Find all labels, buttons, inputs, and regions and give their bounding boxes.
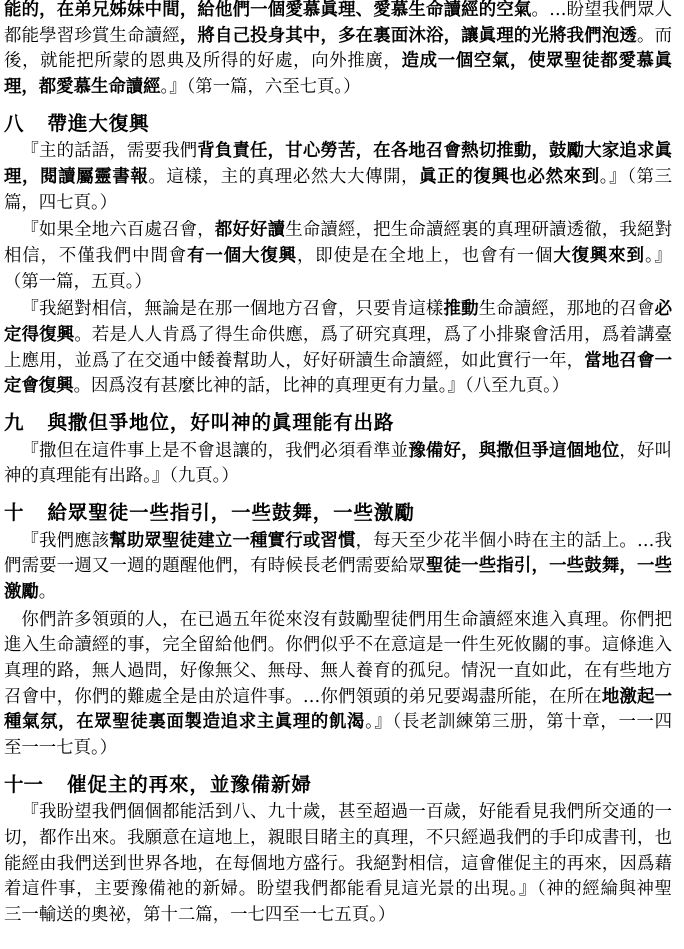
text-line: 都能學習珍賞生命讀經，將自己投身其中，多在裏面沐浴，讓眞理的光將我們泡透。而: [4, 24, 672, 50]
citation: 至一一七頁。）: [4, 738, 117, 758]
text-run: 『撒但在這件事上是不會退讓的，我們必須看準並: [21, 441, 408, 461]
text-run: 『我盼望我們個個都能活到八、九十歲，甚至超過一百歲，好能看見我們所交通的一: [21, 802, 672, 822]
text-line: 進入生命讀經的事，完全留給他們。你們似乎不在意這是一件生死攸關的事。這條進入: [4, 633, 672, 659]
bold-text-run: 大復興來到: [553, 246, 645, 266]
bold-text-run: 能的，在弟兄姊妹中間，給他們一個愛慕眞理、愛慕生命讀經的空氣: [4, 0, 532, 20]
text-run: 都能學習珍賞生命讀經: [4, 26, 180, 46]
bold-text-run: 定會復興: [4, 376, 74, 396]
section-heading: 八帶進大復興: [4, 111, 672, 137]
text-run: 真理的路，無人過問，好像無父、無母、無人養育的孤兒。情況一直如此，在有些地方: [4, 661, 672, 681]
text-line: （第一篇，五頁。）: [4, 270, 672, 296]
bold-text-run: 有一個大復興: [187, 246, 297, 266]
text-run: 們需要一週又一週的題醒他們，有時候長老們需要給眾: [4, 556, 426, 576]
section-number: 十一: [4, 772, 67, 798]
text-run: 。這樣，主的真理必然大大傳開，: [148, 167, 419, 187]
section-number: 八: [4, 111, 48, 137]
bold-text-run: 幫助眾聖徒建立一種實行或習慣: [109, 531, 355, 551]
bold-text-run: 眞正的復興也必然來到: [419, 167, 600, 187]
text-run: ，好叫: [619, 441, 672, 461]
text-line: 召會中，你們的難處全是由於這件事。…你們領頭的弟兄要竭盡所能，在所在地激起一: [4, 685, 672, 711]
text-line: 至一一七頁。）: [4, 736, 672, 762]
text-run: 切，都作出來。我願意在這地上，親眼目睹主的真理，不只經過我們的手印成書刊，也: [4, 828, 672, 848]
bold-text-run: 種氣氛，在眾聖徒裏面製造追求主眞理的飢渴: [4, 712, 365, 732]
section-heading: 十給眾聖徒一些指引，一些鼓舞，一些激勵: [4, 500, 672, 526]
text-run: 神的真理能有出路。』（九頁。）: [4, 466, 239, 486]
text-run: 相信，不僅我們中間會: [4, 246, 187, 266]
quote-paragraph: 『我絕對相信，無論是在那一個地方召會，只要肯這樣推動生命讀經，那地的召會必 定得…: [4, 297, 672, 400]
text-run: 『主的話語，需要我們: [21, 141, 197, 161]
bold-text-run: 當地召會一: [584, 351, 672, 371]
text-line: 你們許多領頭的人，在已過五年從來沒有鼓勵聖徒們用生命讀經來進入真理。你們把: [4, 608, 672, 634]
text-run: 。』: [645, 246, 672, 266]
text-line: 着這件事，主要豫備祂的新婦。盼望我們都能看見這光景的出現。』（神的經綸與神聖: [4, 877, 672, 903]
bold-text-run: 豫備好，與撒但爭這個地位: [408, 441, 619, 461]
text-run: ，即使是在全地上，也會有一個: [297, 246, 553, 266]
citation: 篇，四七頁。）: [4, 193, 117, 213]
text-run: 。: [39, 582, 56, 602]
text-line: 種氣氛，在眾聖徒裏面製造追求主眞理的飢渴。』（長老訓練第三册，第十章，一一四: [4, 710, 672, 736]
quote-paragraph: 『我們應該幫助眾聖徒建立一種實行或習慣，每天至少花半個小時在主的話上。…我 們需…: [4, 529, 672, 606]
text-run: 後，就能把所蒙的恩典及所得的好處，向外推廣，: [4, 51, 402, 71]
section-title: 催促主的再來，並豫備新婦: [67, 773, 312, 796]
text-line: 上應用，並爲了在交通中餧養幫助人，好好研讀生命讀經，如此實行一年，當地召會一: [4, 349, 672, 375]
bold-text-run: ，將自己投身其中，多在裏面沐浴，讓眞理的光將我們泡透: [180, 26, 637, 46]
text-line: 切，都作出來。我願意在這地上，親眼目睹主的真理，不只經過我們的手印成書刊，也: [4, 826, 672, 852]
text-run: 召會中，你們的難處全是由於這件事。…你們領頭的弟兄要竭盡所能，在所在: [4, 687, 602, 707]
text-line: 後，就能把所蒙的恩典及所得的好處，向外推廣，造成一個空氣，使眾聖徒都愛慕眞: [4, 49, 672, 75]
text-run: 上應用，並爲了在交通中餧養幫助人，好好研讀生命讀經，如此實行一年，: [4, 351, 584, 371]
section-title: 與撒但爭地位，好叫神的眞理能有出路: [48, 411, 395, 434]
bold-text-run: 造成一個空氣，使眾聖徒都愛慕眞: [402, 51, 672, 71]
quote-paragraph: 『我盼望我們個個都能活到八、九十歲，甚至超過一百歲，好能看見我們所交通的一 切，…: [4, 800, 672, 928]
text-run: 『我們應該: [21, 531, 109, 551]
bold-text-run: 激勵: [4, 582, 39, 602]
bold-text-run: 推動: [444, 299, 479, 319]
bold-text-run: 聖徒一些指引，一些鼓舞，一些: [426, 556, 672, 576]
text-line: 理，閱讀屬靈書報。這樣，主的真理必然大大傳開，眞正的復興也必然來到。』（第三: [4, 165, 672, 191]
text-line: 三一輸送的奧祕，第十二篇，一七四至一七五頁。）: [4, 903, 672, 929]
text-line: 定會復興。因爲沒有甚麼比神的話，比神的真理更有力量。』（八至九頁。）: [4, 374, 672, 400]
text-run: 生命讀經，把生命讀經裏的真理研讀透徹，我絕對: [285, 220, 672, 240]
body-paragraph: 你們許多領頭的人，在已過五年從來沒有鼓勵聖徒們用生命讀經來進入真理。你們把 進入…: [4, 608, 672, 762]
text-run: 。而: [637, 26, 672, 46]
text-line: 激勵。: [4, 580, 672, 606]
text-run: 進入生命讀經的事，完全留給他們。你們似乎不在意這是一件生死攸關的事。這條進入: [4, 635, 672, 655]
text-line: 能的，在弟兄姊妹中間，給他們一個愛慕眞理、愛慕生命讀經的空氣。…盼望我們眾人: [4, 0, 672, 24]
text-line: 『撒但在這件事上是不會退讓的，我們必須看準並豫備好，與撒但爭這個地位，好叫: [4, 439, 672, 465]
citation: 三一輸送的奧祕，第十二篇，一七四至一七五頁。）: [4, 905, 395, 925]
bold-text-run: 理，都愛慕生命讀經: [4, 77, 161, 97]
text-run: 。』（第一篇，六至七頁。）: [161, 77, 361, 97]
quote-paragraph: 『主的話語，需要我們背負責任，甘心勞苦，在各地召會熱切推動，鼓勵大家追求眞 理，…: [4, 139, 672, 216]
text-run: 。因爲沒有甚麼比神的話，比神的真理更有力量。』（八至九頁。）: [74, 376, 570, 396]
citation: （第一篇，五頁。）: [4, 272, 152, 292]
text-line: 『我絕對相信，無論是在那一個地方召會，只要肯這樣推動生命讀經，那地的召會必: [4, 297, 672, 323]
text-run: 。若是人人肯爲了得生命供應，爲了研究真理，爲了小排聚會活用，爲着講臺: [74, 325, 672, 345]
bold-text-run: 背負責任，甘心勞苦，在各地召會熱切推動，鼓勵大家追求眞: [197, 141, 672, 161]
text-line: 理，都愛慕生命讀經。』（第一篇，六至七頁。）: [4, 75, 672, 101]
text-run: 。…盼望我們眾人: [532, 0, 672, 20]
text-line: 神的真理能有出路。』（九頁。）: [4, 464, 672, 490]
bold-text-run: 地激起一: [602, 687, 672, 707]
text-run: 『我絕對相信，無論是在那一個地方召會，只要肯這樣: [21, 299, 443, 319]
quote-paragraph: 『如果全地六百處召會，都好好讀生命讀經，把生命讀經裏的真理研讀透徹，我絕對 相信…: [4, 218, 672, 295]
text-run: 能經由我們送到世界各地，在每個地方盛行。我絕對相信，這會催促主的再來，因爲藉: [4, 854, 672, 874]
text-line: 『主的話語，需要我們背負責任，甘心勞苦，在各地召會熱切推動，鼓勵大家追求眞: [4, 139, 672, 165]
text-line: 真理的路，無人過問，好像無父、無母、無人養育的孤兒。情況一直如此，在有些地方: [4, 659, 672, 685]
text-run: 。』（第三: [600, 167, 672, 187]
text-line: 『我盼望我們個個都能活到八、九十歲，甚至超過一百歲，好能看見我們所交通的一: [4, 800, 672, 826]
text-line: 能經由我們送到世界各地，在每個地方盛行。我絕對相信，這會催促主的再來，因爲藉: [4, 852, 672, 878]
document-page: 能的，在弟兄姊妹中間，給他們一個愛慕眞理、愛慕生命讀經的空氣。…盼望我們眾人 都…: [4, 0, 672, 929]
text-line: 相信，不僅我們中間會有一個大復興，即使是在全地上，也會有一個大復興來到。』: [4, 244, 672, 270]
section-title: 給眾聖徒一些指引，一些鼓舞，一些激勵: [48, 501, 415, 524]
section-number: 九: [4, 410, 48, 436]
quote-paragraph: 『撒但在這件事上是不會退讓的，我們必須看準並豫備好，與撒但爭這個地位，好叫 神的…: [4, 439, 672, 490]
text-run: 生命讀經，那地的召會: [479, 299, 655, 319]
text-line: 『我們應該幫助眾聖徒建立一種實行或習慣，每天至少花半個小時在主的話上。…我: [4, 529, 672, 555]
text-line: 『如果全地六百處召會，都好好讀生命讀經，把生命讀經裏的真理研讀透徹，我絕對: [4, 218, 672, 244]
section-heading: 十一催促主的再來，並豫備新婦: [4, 772, 672, 798]
text-run: 着這件事，主要豫備祂的新婦。盼望我們都能看見這光景的出現。』（神的經綸與神聖: [4, 879, 672, 899]
text-line: 篇，四七頁。）: [4, 191, 672, 217]
text-line: 定得復興。若是人人肯爲了得生命供應，爲了研究真理，爲了小排聚會活用，爲着講臺: [4, 323, 672, 349]
section-heading: 九與撒但爭地位，好叫神的眞理能有出路: [4, 410, 672, 436]
bold-text-run: 定得復興: [4, 325, 74, 345]
bold-text-run: 必: [655, 299, 672, 319]
bold-text-run: 都好好讀: [215, 220, 285, 240]
section-title: 帶進大復興: [48, 112, 150, 135]
section-number: 十: [4, 500, 48, 526]
bold-text-run: 理，閱讀屬靈書報: [4, 167, 148, 187]
text-run: 你們許多領頭的人，在已過五年從來沒有鼓勵聖徒們用生命讀經來進入真理。你們把: [21, 610, 672, 630]
text-run: 。』（長老訓練第三册，第十章，一一四: [365, 712, 672, 732]
text-line: 們需要一週又一週的題醒他們，有時候長老們需要給眾聖徒一些指引，一些鼓舞，一些: [4, 554, 672, 580]
text-run: 『如果全地六百處召會，: [21, 220, 214, 240]
intro-paragraph: 能的，在弟兄姊妹中間，給他們一個愛慕眞理、愛慕生命讀經的空氣。…盼望我們眾人 都…: [4, 0, 672, 101]
text-run: ，每天至少花半個小時在主的話上。…我: [356, 531, 672, 551]
